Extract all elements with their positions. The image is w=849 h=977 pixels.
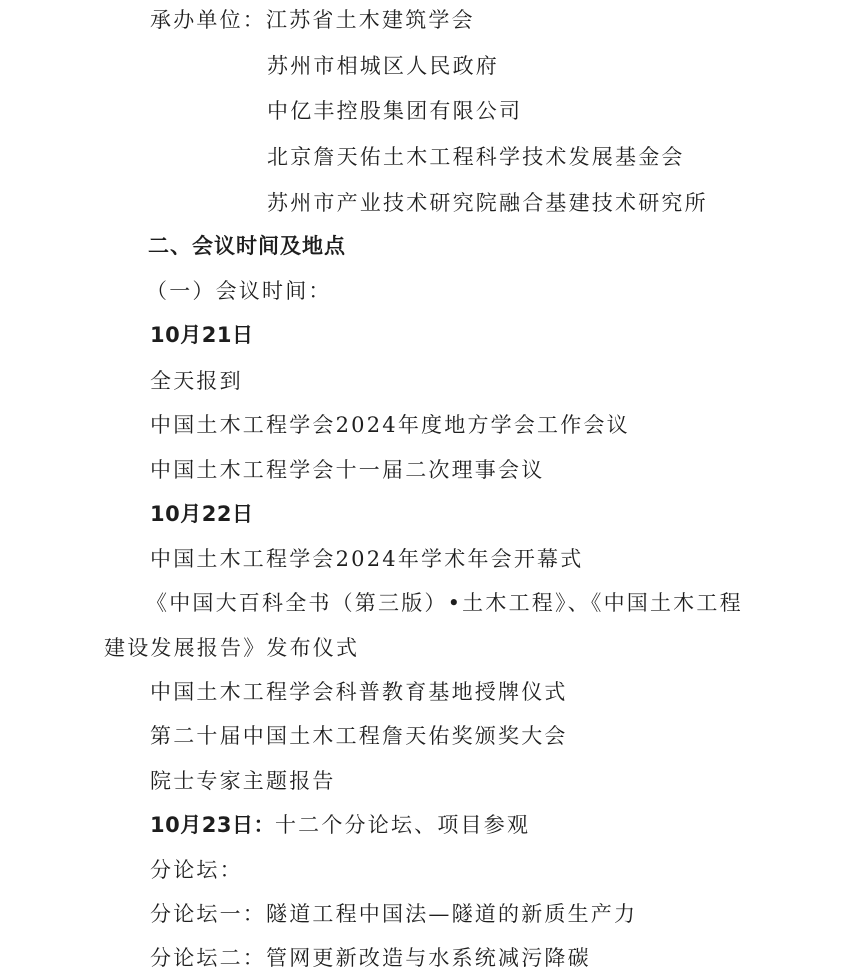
- date-heading: 10月22日: [150, 500, 253, 528]
- forum-item: 分论坛一：隧道工程中国法—隧道的新质生产力: [150, 900, 637, 928]
- forum-label: 分论坛：: [150, 856, 243, 884]
- schedule-item: 第二十届中国土木工程詹天佑奖颁奖大会: [150, 722, 568, 750]
- organizer-label: 承办单位：: [150, 8, 266, 32]
- section-heading: 二、会议时间及地点: [148, 232, 346, 260]
- organizer-item: 中亿丰控股集团有限公司: [267, 97, 522, 125]
- document-page: 承办单位：江苏省土木建筑学会 苏州市相城区人民政府 中亿丰控股集团有限公司 北京…: [0, 0, 849, 977]
- date-summary: 十二个分论坛、项目参观: [275, 813, 530, 837]
- schedule-item: 全天报到: [150, 367, 243, 395]
- schedule-item: 院士专家主题报告: [150, 767, 336, 795]
- date-summary-row: 10月23日：十二个分论坛、项目参观: [150, 811, 530, 839]
- forum-item: 分论坛二：管网更新改造与水系统减污降碳: [150, 944, 591, 972]
- date-heading: 10月23日：: [150, 813, 275, 837]
- schedule-item: 中国土木工程学会2024年度地方学会工作会议: [150, 411, 630, 439]
- organizer-item: 江苏省土木建筑学会: [266, 8, 475, 32]
- date-heading: 10月21日: [150, 321, 253, 349]
- schedule-item: 中国土木工程学会2024年学术年会开幕式: [150, 545, 583, 573]
- organizer-item: 北京詹天佑土木工程科学技术发展基金会: [267, 143, 685, 171]
- schedule-item: 《中国大百科全书（第三版）•土木工程》、《中国土木工程: [146, 589, 743, 617]
- schedule-item: 中国土木工程学会十一届二次理事会议: [150, 456, 544, 484]
- organizer-row-1: 承办单位：江苏省土木建筑学会: [150, 6, 475, 34]
- subsection-heading: （一）会议时间：: [146, 277, 332, 305]
- schedule-item-continuation: 建设发展报告》发布仪式: [104, 634, 359, 662]
- organizer-item: 苏州市产业技术研究院融合基建技术研究所: [267, 189, 708, 217]
- organizer-item: 苏州市相城区人民政府: [267, 52, 499, 80]
- schedule-item: 中国土木工程学会科普教育基地授牌仪式: [150, 678, 568, 706]
